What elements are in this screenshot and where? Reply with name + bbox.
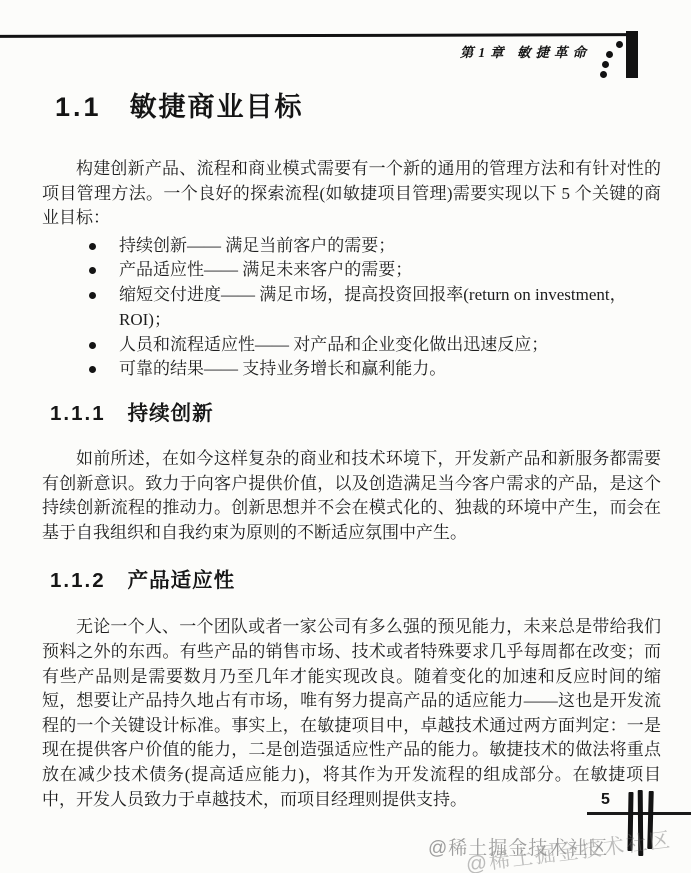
subsection-paragraph-2: 无论一个人、一个团队或者一家公司有多么强的预见能力，未来总是带给我们预料之外的东… [42,615,661,812]
header-rule [0,33,629,38]
list-item-text: 可靠的结果—— 支持业务增长和赢利能力。 [119,359,446,378]
subsection-number: 1.1.1 [50,402,106,425]
subsection-paragraph-1: 如前所述，在如今这样复杂的商业和技术环境下，开发新产品和新服务都需要有创新意识。… [42,447,661,545]
running-head-chapter: 第1章 敏捷革命 [460,41,591,61]
list-item: 人员和流程适应性—— 对产品和企业变化做出迅速反应； [42,333,661,358]
page-body: 构建创新产品、流程和商业模式需要有一个新的通用的管理方法和有针对性的项目管理方法… [42,152,661,812]
list-item-text: 缩短交付进度—— 满足市场，提高投资回报率(return on investme… [119,285,627,329]
page-number: 5 [601,791,610,809]
list-item-text: 持续创新—— 满足当前客户的需要； [119,236,395,255]
book-page: 第1章 敏捷革命 1.1敏捷商业目标 构建创新产品、流程和商业模式需要有一个新的… [0,0,691,873]
watermark: @稀土掘金技术社区 [428,833,608,860]
list-item: 产品适应性—— 满足未来客户的需要； [42,258,661,283]
bullet-icon [89,366,96,373]
subsection-title: 产品适应性 [128,569,236,592]
intro-paragraph: 构建创新产品、流程和商业模式需要有一个新的通用的管理方法和有针对性的项目管理方法… [42,157,661,231]
subsection-number: 1.1.2 [50,569,106,592]
list-item-text: 产品适应性—— 满足未来客户的需要； [119,260,412,279]
dot-ornament-icon [600,71,607,78]
dot-ornament-icon [602,61,609,68]
subsection-title: 持续创新 [128,402,214,425]
bullet-icon [89,243,96,250]
bullet-icon [89,342,96,349]
section-heading: 1.1敏捷商业目标 [55,85,304,124]
section-number: 1.1 [55,92,102,122]
bullet-icon [89,267,96,274]
dot-ornament-icon [616,41,623,48]
subsection-heading-1: 1.1.1持续创新 [50,396,661,426]
bullet-icon [89,292,96,299]
list-item: 持续创新—— 满足当前客户的需要； [42,234,661,259]
business-goals-list: 持续创新—— 满足当前客户的需要； 产品适应性—— 满足未来客户的需要； 缩短交… [42,234,661,382]
corner-bar-ornament [626,31,638,78]
section-title: 敏捷商业目标 [130,92,304,122]
dot-ornament-icon [606,51,613,58]
subsection-heading-2: 1.1.2产品适应性 [50,563,661,593]
list-item-text: 人员和流程适应性—— 对产品和企业变化做出迅速反应； [119,335,548,354]
list-item: 缩短交付进度—— 满足市场，提高投资回报率(return on investme… [42,283,661,332]
list-item: 可靠的结果—— 支持业务增长和赢利能力。 [42,357,661,382]
